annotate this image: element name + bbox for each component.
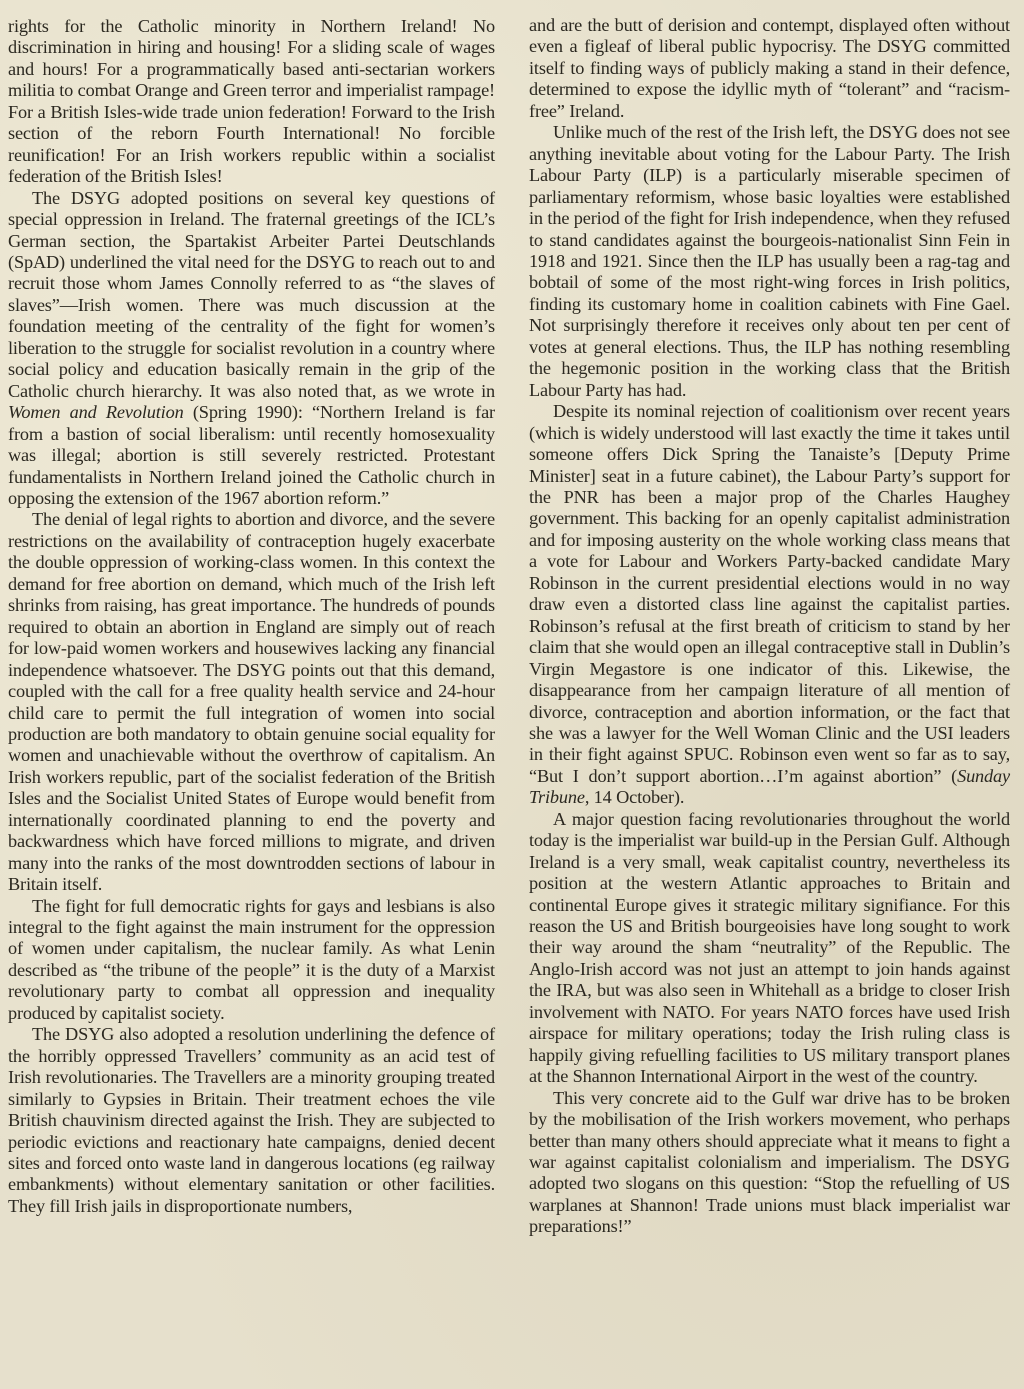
left-column: rights for the Catholic minority in Nort… bbox=[8, 0, 495, 1389]
paragraph-text: The fight for full democratic rights for… bbox=[8, 896, 495, 1023]
paragraph-travellers-continued: and are the butt of derision and contemp… bbox=[529, 15, 1010, 122]
paragraph-text: The denial of legal rights to abortion a… bbox=[8, 509, 495, 894]
paragraph-text: Unlike much of the rest of the Irish lef… bbox=[529, 122, 1010, 399]
paragraph-text-after: , 14 October). bbox=[585, 787, 684, 807]
paragraph-special-oppression: The DSYG adopted positions on several ke… bbox=[8, 188, 495, 510]
right-column: and are the butt of derision and contemp… bbox=[529, 0, 1016, 1389]
paragraph-text: The DSYG adopted positions on several ke… bbox=[8, 188, 495, 401]
paragraph-slogans: This very concrete aid to the Gulf war d… bbox=[529, 1088, 1010, 1238]
paragraph-gulf-war: A major question facing revolutionaries … bbox=[529, 809, 1010, 1088]
paragraph-labour-party: Unlike much of the rest of the Irish lef… bbox=[529, 122, 1010, 401]
paragraph-travellers: The DSYG also adopted a resolution under… bbox=[8, 1024, 495, 1217]
paragraph-text: rights for the Catholic minority in Nort… bbox=[8, 16, 495, 186]
two-column-layout: rights for the Catholic minority in Nort… bbox=[8, 0, 1016, 1389]
paragraph-text: and are the butt of derision and contemp… bbox=[529, 15, 1010, 121]
paragraph-text: Despite its nominal rejection of coaliti… bbox=[529, 401, 1010, 786]
publication-title-italic: Women and Revolution bbox=[8, 402, 184, 422]
document-page: rights for the Catholic minority in Nort… bbox=[0, 0, 1024, 1389]
paragraph-text: The DSYG also adopted a resolution under… bbox=[8, 1024, 495, 1216]
paragraph-text: This very concrete aid to the Gulf war d… bbox=[529, 1088, 1010, 1237]
paragraph-abortion-rights: The denial of legal rights to abortion a… bbox=[8, 509, 495, 895]
paragraph-demands-continued: rights for the Catholic minority in Nort… bbox=[8, 16, 495, 188]
paragraph-gay-rights: The fight for full democratic rights for… bbox=[8, 896, 495, 1025]
paragraph-coalitionism: Despite its nominal rejection of coaliti… bbox=[529, 401, 1010, 809]
paragraph-text: A major question facing revolutionaries … bbox=[529, 809, 1010, 1086]
